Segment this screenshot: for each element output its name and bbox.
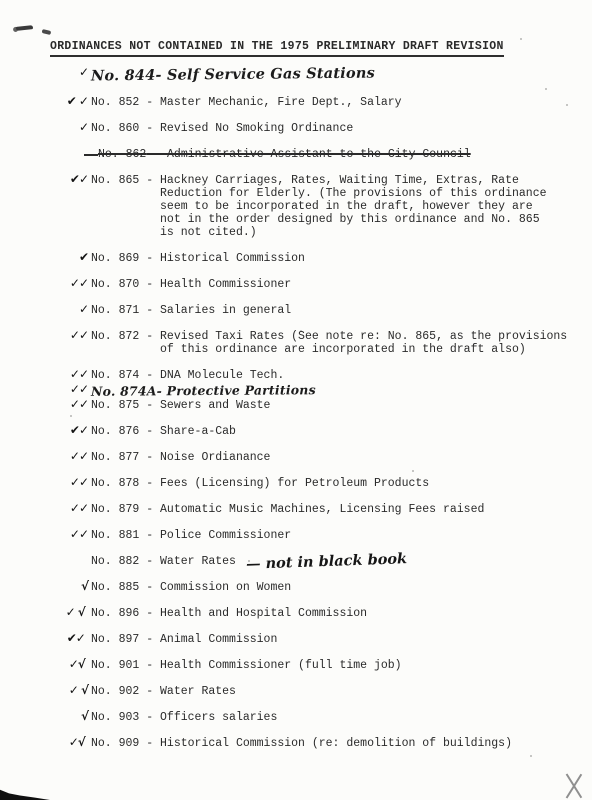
- ordinance-number: No. 869: [91, 252, 139, 265]
- ordinance-description: Share-a-Cab: [160, 425, 236, 438]
- ordinance-number: No. 860: [91, 122, 139, 135]
- ordinance-description: Sewers and Waste: [160, 399, 270, 412]
- ordinance-number: No. 844: [91, 68, 156, 85]
- ordinance-text: No. 881 - Police Commissioner: [91, 529, 291, 542]
- ordinance-description: Revised Taxi Rates (See note re: No. 865…: [160, 330, 567, 356]
- ordinance-description: Health and Hospital Commission: [160, 607, 367, 620]
- ordinance-description: Police Commissioner: [160, 529, 291, 542]
- ordinance-number: No. 877: [91, 451, 139, 464]
- ordinance-description: Commission on Women: [160, 581, 291, 594]
- ordinance-description: Revised No Smoking Ordinance: [160, 122, 353, 135]
- ordinance-separator: -: [139, 607, 160, 620]
- ordinance-text: No. 909 - Historical Commission (re: dem…: [91, 737, 512, 750]
- ordinance-text: No. 870 - Health Commissioner: [91, 278, 291, 291]
- ordinance-text: No. 877 - Noise Ordianance: [91, 451, 270, 464]
- ordinance-separator: -: [139, 529, 160, 542]
- ordinance-description: Officers salaries: [160, 711, 277, 724]
- ordinance-number: No. 875: [91, 399, 139, 412]
- checkmark-icon: ✓: [52, 66, 91, 78]
- ordinance-separator: -: [139, 330, 160, 343]
- checkmark-icon: ✓✓: [52, 368, 91, 380]
- ordinance-number: No. 881: [91, 529, 139, 542]
- ordinance-text: No. 844- Self Service Gas Stations: [91, 66, 375, 85]
- ordinance-separator: -: [139, 555, 160, 568]
- checkmark-icon: ✓✓: [52, 277, 91, 289]
- ordinance-separator: -: [139, 581, 160, 594]
- checkmark-icon: ✔ ✓: [52, 95, 91, 107]
- ordinance-row: ✓√ No. 901 - Health Commissioner (full t…: [52, 659, 592, 672]
- ordinance-text: No. 860 - Revised No Smoking Ordinance: [91, 122, 353, 135]
- ordinance-row: ✔✓No. 865 - Hackney Carriages, Rates, Wa…: [52, 174, 592, 239]
- ordinance-description: Master Mechanic, Fire Dept., Salary: [160, 96, 402, 109]
- scan-artifact-x-mark: [564, 774, 584, 798]
- checkmark-icon: ✓: [52, 303, 91, 315]
- ordinance-separator: -: [139, 477, 160, 490]
- ordinance-row: ✓✓No. 875 - Sewers and Waste: [52, 399, 592, 412]
- ordinance-row: ✓✓No. 881 - Police Commissioner: [52, 529, 592, 542]
- checkmark-icon: ✔✓: [52, 632, 91, 644]
- ordinance-text: No. 874 - DNA Molecule Tech.: [91, 369, 284, 382]
- ordinance-text: No. 872 - Revised Taxi Rates (See note r…: [91, 330, 567, 356]
- ordinance-description: Water Rates: [160, 555, 236, 568]
- checkmark-icon: ✓✓: [52, 476, 91, 488]
- ordinance-row: ✓✓No. 877 - Noise Ordianance: [52, 451, 592, 464]
- ordinance-number: No. 879: [91, 503, 139, 516]
- ordinance-separator: -: [139, 659, 160, 672]
- ordinance-row: ✔ ✓No. 852 - Master Mechanic, Fire Dept.…: [52, 96, 592, 109]
- ordinance-number: No. 870: [91, 278, 139, 291]
- ordinance-separator: -: [139, 304, 160, 317]
- checkmark-icon: ✓✓: [52, 528, 91, 540]
- ordinance-text: No. 879 - Automatic Music Machines, Lice…: [91, 503, 484, 516]
- ordinance-number: No. 871: [91, 304, 139, 317]
- document-content: ORDINANCES NOT CONTAINED IN THE 1975 PRE…: [0, 36, 592, 763]
- ordinance-number: No. 874: [91, 369, 139, 382]
- ordinance-separator: -: [139, 278, 160, 291]
- ordinance-text: No. 865 - Hackney Carriages, Rates, Wait…: [91, 174, 547, 239]
- ordinance-row: ✔No. 869 - Historical Commission: [52, 252, 592, 265]
- checkmark-icon: ✓✓: [52, 329, 91, 341]
- ordinance-text: No. 903 - Officers salaries: [91, 711, 277, 724]
- ordinance-text: No. 869 - Historical Commission: [91, 252, 305, 265]
- ordinance-separator: -: [139, 503, 160, 516]
- ordinance-number: No. 897: [91, 633, 139, 646]
- ordinance-text: No. 878 - Fees (Licensing) for Petroleum…: [91, 477, 429, 490]
- ordinance-separator: -: [139, 252, 160, 265]
- ordinance-description: Hackney Carriages, Rates, Waiting Time, …: [160, 174, 546, 239]
- ordinance-number: No. 903: [91, 711, 139, 724]
- checkmark-icon: √: [52, 710, 91, 722]
- ordinance-text: No. 897 - Animal Commission: [91, 633, 277, 646]
- ordinance-number: No. 872: [91, 330, 139, 343]
- ordinance-row: ✓✓No. 878 - Fees (Licensing) for Petrole…: [52, 477, 592, 490]
- ordinance-number: No. 874A: [91, 384, 157, 397]
- ordinance-separator: -: [139, 174, 160, 187]
- ordinance-description: Administrative Assistant to the City Cou…: [167, 148, 471, 161]
- ordinance-row: ✓√ No. 909 - Historical Commission (re: …: [52, 737, 592, 750]
- ordinance-text: No. 896 - Health and Hospital Commission: [91, 607, 367, 620]
- ordinance-row: ✓No. 871 - Salaries in general: [52, 304, 592, 317]
- checkmark-icon: ✓√: [52, 658, 91, 670]
- checkmark-icon: ✓ √: [52, 684, 91, 696]
- ordinance-description: Animal Commission: [160, 633, 277, 646]
- ordinance-row: ✓ √No. 902 - Water Rates: [52, 685, 592, 698]
- ordinance-description: Health Commissioner (full time job): [160, 659, 402, 672]
- ordinance-separator: -: [139, 711, 160, 724]
- ordinance-number: No. 902: [91, 685, 139, 698]
- ordinance-separator: -: [139, 122, 160, 135]
- ordinance-separator: -: [139, 737, 160, 750]
- ordinance-number: No. 852: [91, 96, 139, 109]
- ordinance-text: No. 902 - Water Rates: [91, 685, 236, 698]
- ordinance-row: ✓No. 860 - Revised No Smoking Ordinance: [52, 122, 592, 135]
- ordinance-number: No. 909: [91, 737, 139, 750]
- ordinance-separator: -: [139, 399, 160, 412]
- ordinance-description: Automatic Music Machines, Licensing Fees…: [160, 503, 484, 516]
- ordinance-text: No. 901 - Health Commissioner (full time…: [91, 659, 402, 672]
- ordinance-text: No. 876 - Share-a-Cab: [91, 425, 236, 438]
- ordinance-description: Protective Partitions: [167, 383, 316, 397]
- scan-artifact-top-left: [16, 25, 33, 31]
- ordinance-description: Fees (Licensing) for Petroleum Products: [160, 477, 429, 490]
- ordinance-separator: -: [157, 384, 167, 397]
- ordinance-row: No. 862 - Administrative Assistant to th…: [59, 148, 592, 161]
- ordinance-number: No. 862: [98, 148, 146, 161]
- ordinance-description: Self Service Gas Stations: [167, 66, 375, 84]
- checkmark-icon: √: [52, 580, 91, 592]
- ordinance-number: No. 896: [91, 607, 139, 620]
- checkmark-icon: ✓✓: [52, 502, 91, 514]
- ordinance-text: No. 874A- Protective Partitions: [91, 383, 316, 398]
- ordinance-number: No. 901: [91, 659, 139, 672]
- ordinance-separator: -: [139, 685, 160, 698]
- checkmark-icon: ✔: [52, 251, 91, 263]
- checkmark-icon: ✓✓: [52, 450, 91, 462]
- scan-artifact-top-left-2: [42, 29, 52, 35]
- ordinance-row: ✓✓No. 872 - Revised Taxi Rates (See note…: [52, 330, 592, 356]
- checkmark-icon: ✓✓: [52, 383, 91, 395]
- ordinance-description: Health Commissioner: [160, 278, 291, 291]
- ordinance-row: ✓No. 844- Self Service Gas Stations: [52, 67, 592, 83]
- ordinance-row: ✔✓No. 876 - Share-a-Cab: [52, 425, 592, 438]
- scan-artifact-bottom-left: [0, 788, 50, 800]
- ordinance-row: √No. 903 - Officers salaries: [52, 711, 592, 724]
- ordinance-row: No. 882 - Water Rates— not in black book: [52, 555, 592, 568]
- checkmark-icon: ✔✓: [52, 173, 91, 185]
- checkmark-icon: ✔✓: [52, 424, 91, 436]
- ordinance-text: No. 852 - Master Mechanic, Fire Dept., S…: [91, 96, 402, 109]
- ordinance-text: No. 882 - Water Rates— not in black book: [91, 555, 407, 568]
- ordinance-separator: -: [146, 148, 167, 161]
- checkmark-icon: ✓√: [52, 736, 91, 748]
- checkmark-icon: ✓✓: [52, 398, 91, 410]
- ordinance-description: Historical Commission (re: demolition of…: [160, 737, 512, 750]
- ordinance-text: No. 862 - Administrative Assistant to th…: [98, 148, 471, 161]
- ordinance-text: No. 871 - Salaries in general: [91, 304, 291, 317]
- ordinance-row: ✓✓No. 874A- Protective Partitions: [52, 384, 592, 397]
- ordinance-text: No. 885 - Commission on Women: [91, 581, 291, 594]
- ordinance-number: No. 878: [91, 477, 139, 490]
- ordinance-row: ✓ √ No. 896 - Health and Hospital Commis…: [52, 607, 592, 620]
- checkmark-icon: ✓ √: [52, 606, 91, 618]
- ordinance-separator: -: [139, 369, 160, 382]
- ordinance-separator: -: [139, 96, 160, 109]
- ordinance-description: Historical Commission: [160, 252, 305, 265]
- ordinance-description: Water Rates: [160, 685, 236, 698]
- ordinance-text: No. 875 - Sewers and Waste: [91, 399, 270, 412]
- ordinance-row: ✓✓No. 879 - Automatic Music Machines, Li…: [52, 503, 592, 516]
- checkmark-icon: ✓: [52, 121, 91, 133]
- scanned-document-page: ORDINANCES NOT CONTAINED IN THE 1975 PRE…: [0, 0, 592, 800]
- ordinance-separator: -: [139, 425, 160, 438]
- ordinance-number: No. 865: [91, 174, 139, 187]
- ordinance-number: No. 882: [91, 555, 139, 568]
- ordinance-row: ✓✓No. 874 - DNA Molecule Tech.: [52, 369, 592, 382]
- ordinance-separator: -: [139, 633, 160, 646]
- ordinance-row: √No. 885 - Commission on Women: [52, 581, 592, 594]
- ordinance-number: No. 885: [91, 581, 139, 594]
- ordinance-row: ✓✓No. 870 - Health Commissioner: [52, 278, 592, 291]
- ordinance-separator: -: [139, 451, 160, 464]
- ordinance-row: ✔✓ No. 897 - Animal Commission: [52, 633, 592, 646]
- document-title: ORDINANCES NOT CONTAINED IN THE 1975 PRE…: [50, 40, 504, 57]
- ordinance-description: Salaries in general: [160, 304, 291, 317]
- ordinance-description: DNA Molecule Tech.: [160, 369, 284, 382]
- ordinance-list: ✓No. 844- Self Service Gas Stations✔ ✓No…: [0, 67, 592, 750]
- ordinance-description: Noise Ordianance: [160, 451, 270, 464]
- ordinance-separator: -: [155, 68, 167, 84]
- ordinance-number: No. 876: [91, 425, 139, 438]
- handwritten-note: — not in black book: [246, 552, 407, 571]
